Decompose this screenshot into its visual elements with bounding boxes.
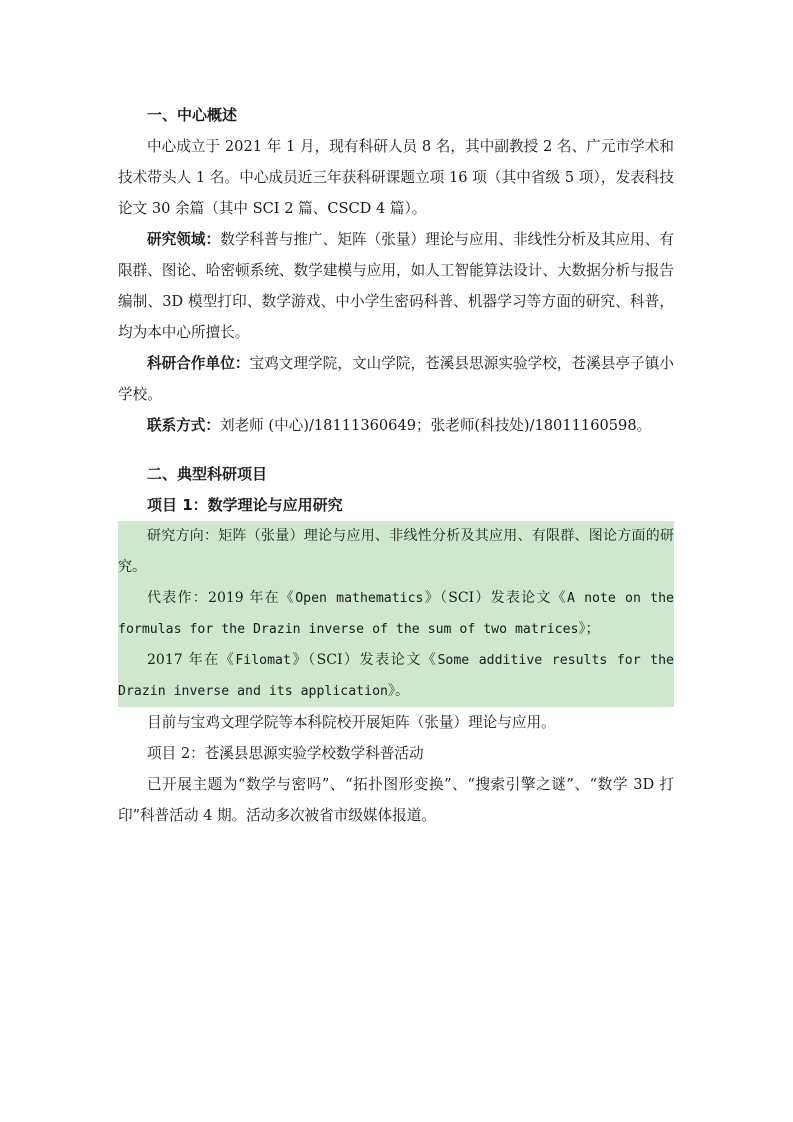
contact-text: 刘老师 (中心)/18111360649；张老师(科技处)/1801116059… xyxy=(220,417,651,434)
contact: 联系方式：刘老师 (中心)/18111360649；张老师(科技处)/18011… xyxy=(118,410,674,441)
contact-label: 联系方式： xyxy=(147,417,220,434)
partners: 科研合作单位：宝鸡文理学院，文山学院，苍溪县思源实验学校，苍溪县亭子镇小学校。 xyxy=(118,348,674,410)
project1-current: 目前与宝鸡文理学院等本科院校开展矩阵（张量）理论与应用。 xyxy=(118,707,674,738)
highlight-block: 研究方向：矩阵（张量）理论与应用、非线性分析及其应用、有限群、图论方面的研究。 … xyxy=(118,521,674,707)
section-heading-overview: 一、中心概述 xyxy=(118,100,674,131)
project1-work1: 代表作：2019 年在《Open mathematics》（SCI）发表论文《A… xyxy=(118,583,674,645)
work2-prefix: 2017 年在《 xyxy=(147,652,235,668)
research-fields-label: 研究领域： xyxy=(147,231,220,248)
work1-suffix: 》； xyxy=(579,621,600,637)
project2-title: 项目 2：苍溪县思源实验学校数学科普活动 xyxy=(118,738,674,769)
work2-journal: Filomat xyxy=(235,653,291,668)
project1-work2: 2017 年在《Filomat》（SCI）发表论文《Some additive … xyxy=(118,645,674,707)
project1-title: 项目 1：数学理论与应用研究 xyxy=(118,490,674,521)
project1-direction: 研究方向：矩阵（张量）理论与应用、非线性分析及其应用、有限群、图论方面的研究。 xyxy=(118,521,674,583)
work1-journal: Open mathematics xyxy=(295,591,423,606)
work2-suffix: 》。 xyxy=(388,683,409,699)
project2-description: 已开展主题为“数学与密吗”、“拓扑图形变换”、“搜索引擎之谜”、“数学 3D 打… xyxy=(118,769,674,831)
spacer xyxy=(118,441,674,459)
section-heading-projects: 二、典型科研项目 xyxy=(118,459,674,490)
partners-label: 科研合作单位： xyxy=(147,355,249,372)
document-page: 一、中心概述 中心成立于 2021 年 1 月，现有科研人员 8 名，其中副教授… xyxy=(118,100,674,831)
overview-intro: 中心成立于 2021 年 1 月，现有科研人员 8 名，其中副教授 2 名、广元… xyxy=(118,131,674,224)
research-fields: 研究领域：数学科普与推广、矩阵（张量）理论与应用、非线性分析及其应用、有限群、图… xyxy=(118,224,674,348)
work1-mid: 》（SCI）发表论文《 xyxy=(423,590,566,606)
work2-mid: 》（SCI）发表论文《 xyxy=(291,652,438,668)
work1-prefix: 代表作：2019 年在《 xyxy=(147,590,295,606)
